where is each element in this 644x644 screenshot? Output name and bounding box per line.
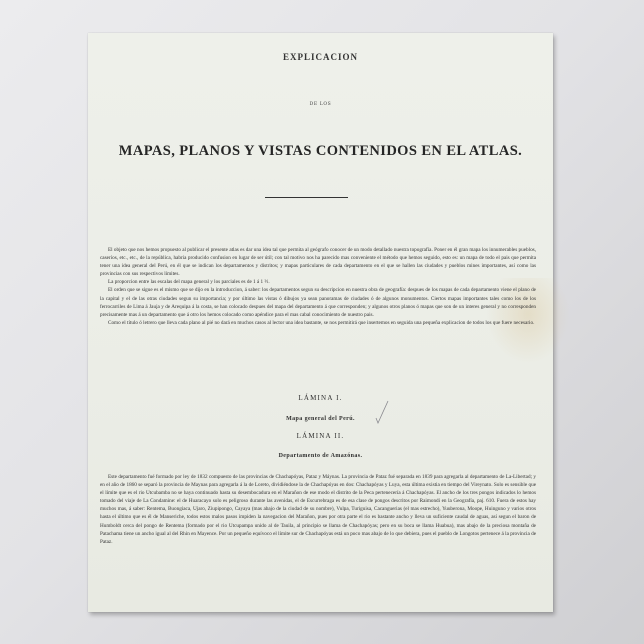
intro-paragraph: El orden que se sigue es el mismo que se… bbox=[100, 286, 536, 318]
intro-text: El objeto que nos hemos propuesto al pub… bbox=[100, 246, 536, 327]
document-title: MAPAS, PLANOS Y VISTAS CONTENIDOS EN EL … bbox=[88, 143, 553, 160]
title-divider bbox=[265, 197, 348, 198]
poster-page: EXPLICACION DE LOS MAPAS, PLANOS Y VISTA… bbox=[88, 33, 553, 612]
lamina-2-subtitle: Departamento de Amazónas. bbox=[88, 453, 553, 459]
lamina-1-subtitle: Mapa general del Perú. bbox=[88, 416, 553, 422]
heading-de-los: DE LOS bbox=[88, 102, 553, 107]
amazonas-paragraph: Este departamento fué formado por ley de… bbox=[100, 473, 536, 546]
amazonas-text: Este departamento fué formado por ley de… bbox=[100, 473, 536, 546]
lamina-1-heading: LÁMINA I. bbox=[88, 394, 553, 402]
heading-explicacion: EXPLICACION bbox=[88, 52, 553, 62]
intro-paragraph: Como el título ó letrero que lleva cada … bbox=[100, 319, 536, 327]
intro-paragraph: La proporcion entre las escalas del mapa… bbox=[100, 278, 536, 286]
intro-paragraph: El objeto que nos hemos propuesto al pub… bbox=[100, 246, 536, 278]
lamina-2-heading: LÁMINA II. bbox=[88, 432, 553, 440]
